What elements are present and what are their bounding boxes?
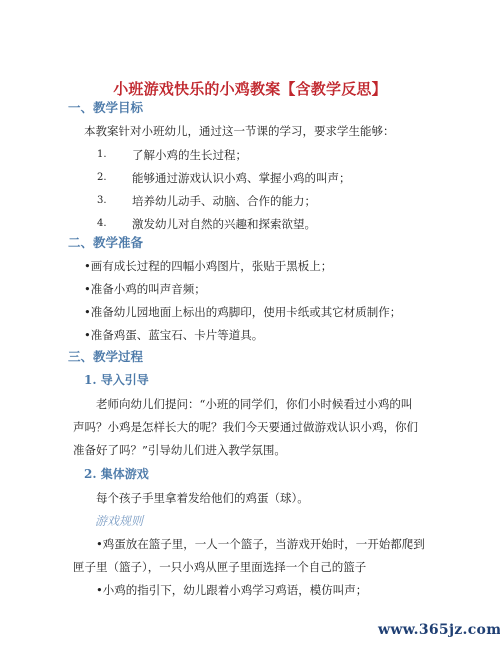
rules-heading: 游戏规则 xyxy=(95,512,143,529)
watermark-logo: www.365jz.com xyxy=(378,622,500,638)
subsection-heading-group-game: 2. 集体游戏 xyxy=(84,465,149,482)
section-heading-preparation: 二、教学准备 xyxy=(68,233,143,251)
list-item: •画有成长过程的四幅小鸡图片，张贴于黑板上； xyxy=(84,258,332,274)
document-title: 小班游戏快乐的小鸡教案【含教学反思】 xyxy=(0,78,500,99)
paragraph-line: 老师向幼儿们提问：“小班的同学们，你们小时候看过小鸡的叫 xyxy=(96,396,412,412)
rule-line: •小鸡的指引下，幼儿跟着小鸡学习鸡语，模仿叫声； xyxy=(96,582,367,598)
paragraph-line: 每个孩子手里拿着发给他们的鸡蛋（球）。 xyxy=(96,490,309,506)
list-item: 培养幼儿动手、动脑、合作的能力； xyxy=(132,193,316,209)
list-item: •准备小鸡的叫声音频； xyxy=(84,281,206,297)
subsection-heading-intro: 1. 导入引导 xyxy=(84,371,149,388)
list-item: 了解小鸡的生长过程； xyxy=(132,147,247,163)
rule-line: •鸡蛋放在篮子里，一人一个篮子，当游戏开始时，一开始都爬到 xyxy=(96,536,425,552)
list-item: 激发幼儿对自然的兴趣和探索欲望。 xyxy=(132,216,316,232)
document-page: 小班游戏快乐的小鸡教案【含教学反思】 一、教学目标 本教案针对小班幼儿，通过这一… xyxy=(0,0,500,647)
list-item: •准备幼儿园地面上标出的鸡脚印，使用卡纸或其它材质制作； xyxy=(84,304,401,320)
section-heading-process: 三、教学过程 xyxy=(68,347,143,365)
rule-line: 匣子里（篮子），一只小鸡从匣子里面选择一个自己的篮子 xyxy=(73,559,366,575)
paragraph-line: 准备好了吗？”引导幼儿们进入教学氛围。 xyxy=(73,442,286,458)
list-item: 能够通过游戏认识小鸡、掌握小鸡的叫声； xyxy=(132,170,351,186)
list-number: 1. xyxy=(97,149,107,160)
list-number: 2. xyxy=(97,172,107,183)
section-heading-objectives: 一、教学目标 xyxy=(68,98,143,116)
objectives-intro: 本教案针对小班幼儿，通过这一节课的学习，要求学生能够： xyxy=(84,123,395,139)
list-number: 4. xyxy=(97,218,107,229)
list-item: •准备鸡蛋、蓝宝石、卡片等道具。 xyxy=(84,327,263,343)
list-number: 3. xyxy=(97,195,107,206)
paragraph-line: 声吗？小鸡是怎样长大的呢？我们今天要通过做游戏认识小鸡，你们 xyxy=(73,419,418,435)
